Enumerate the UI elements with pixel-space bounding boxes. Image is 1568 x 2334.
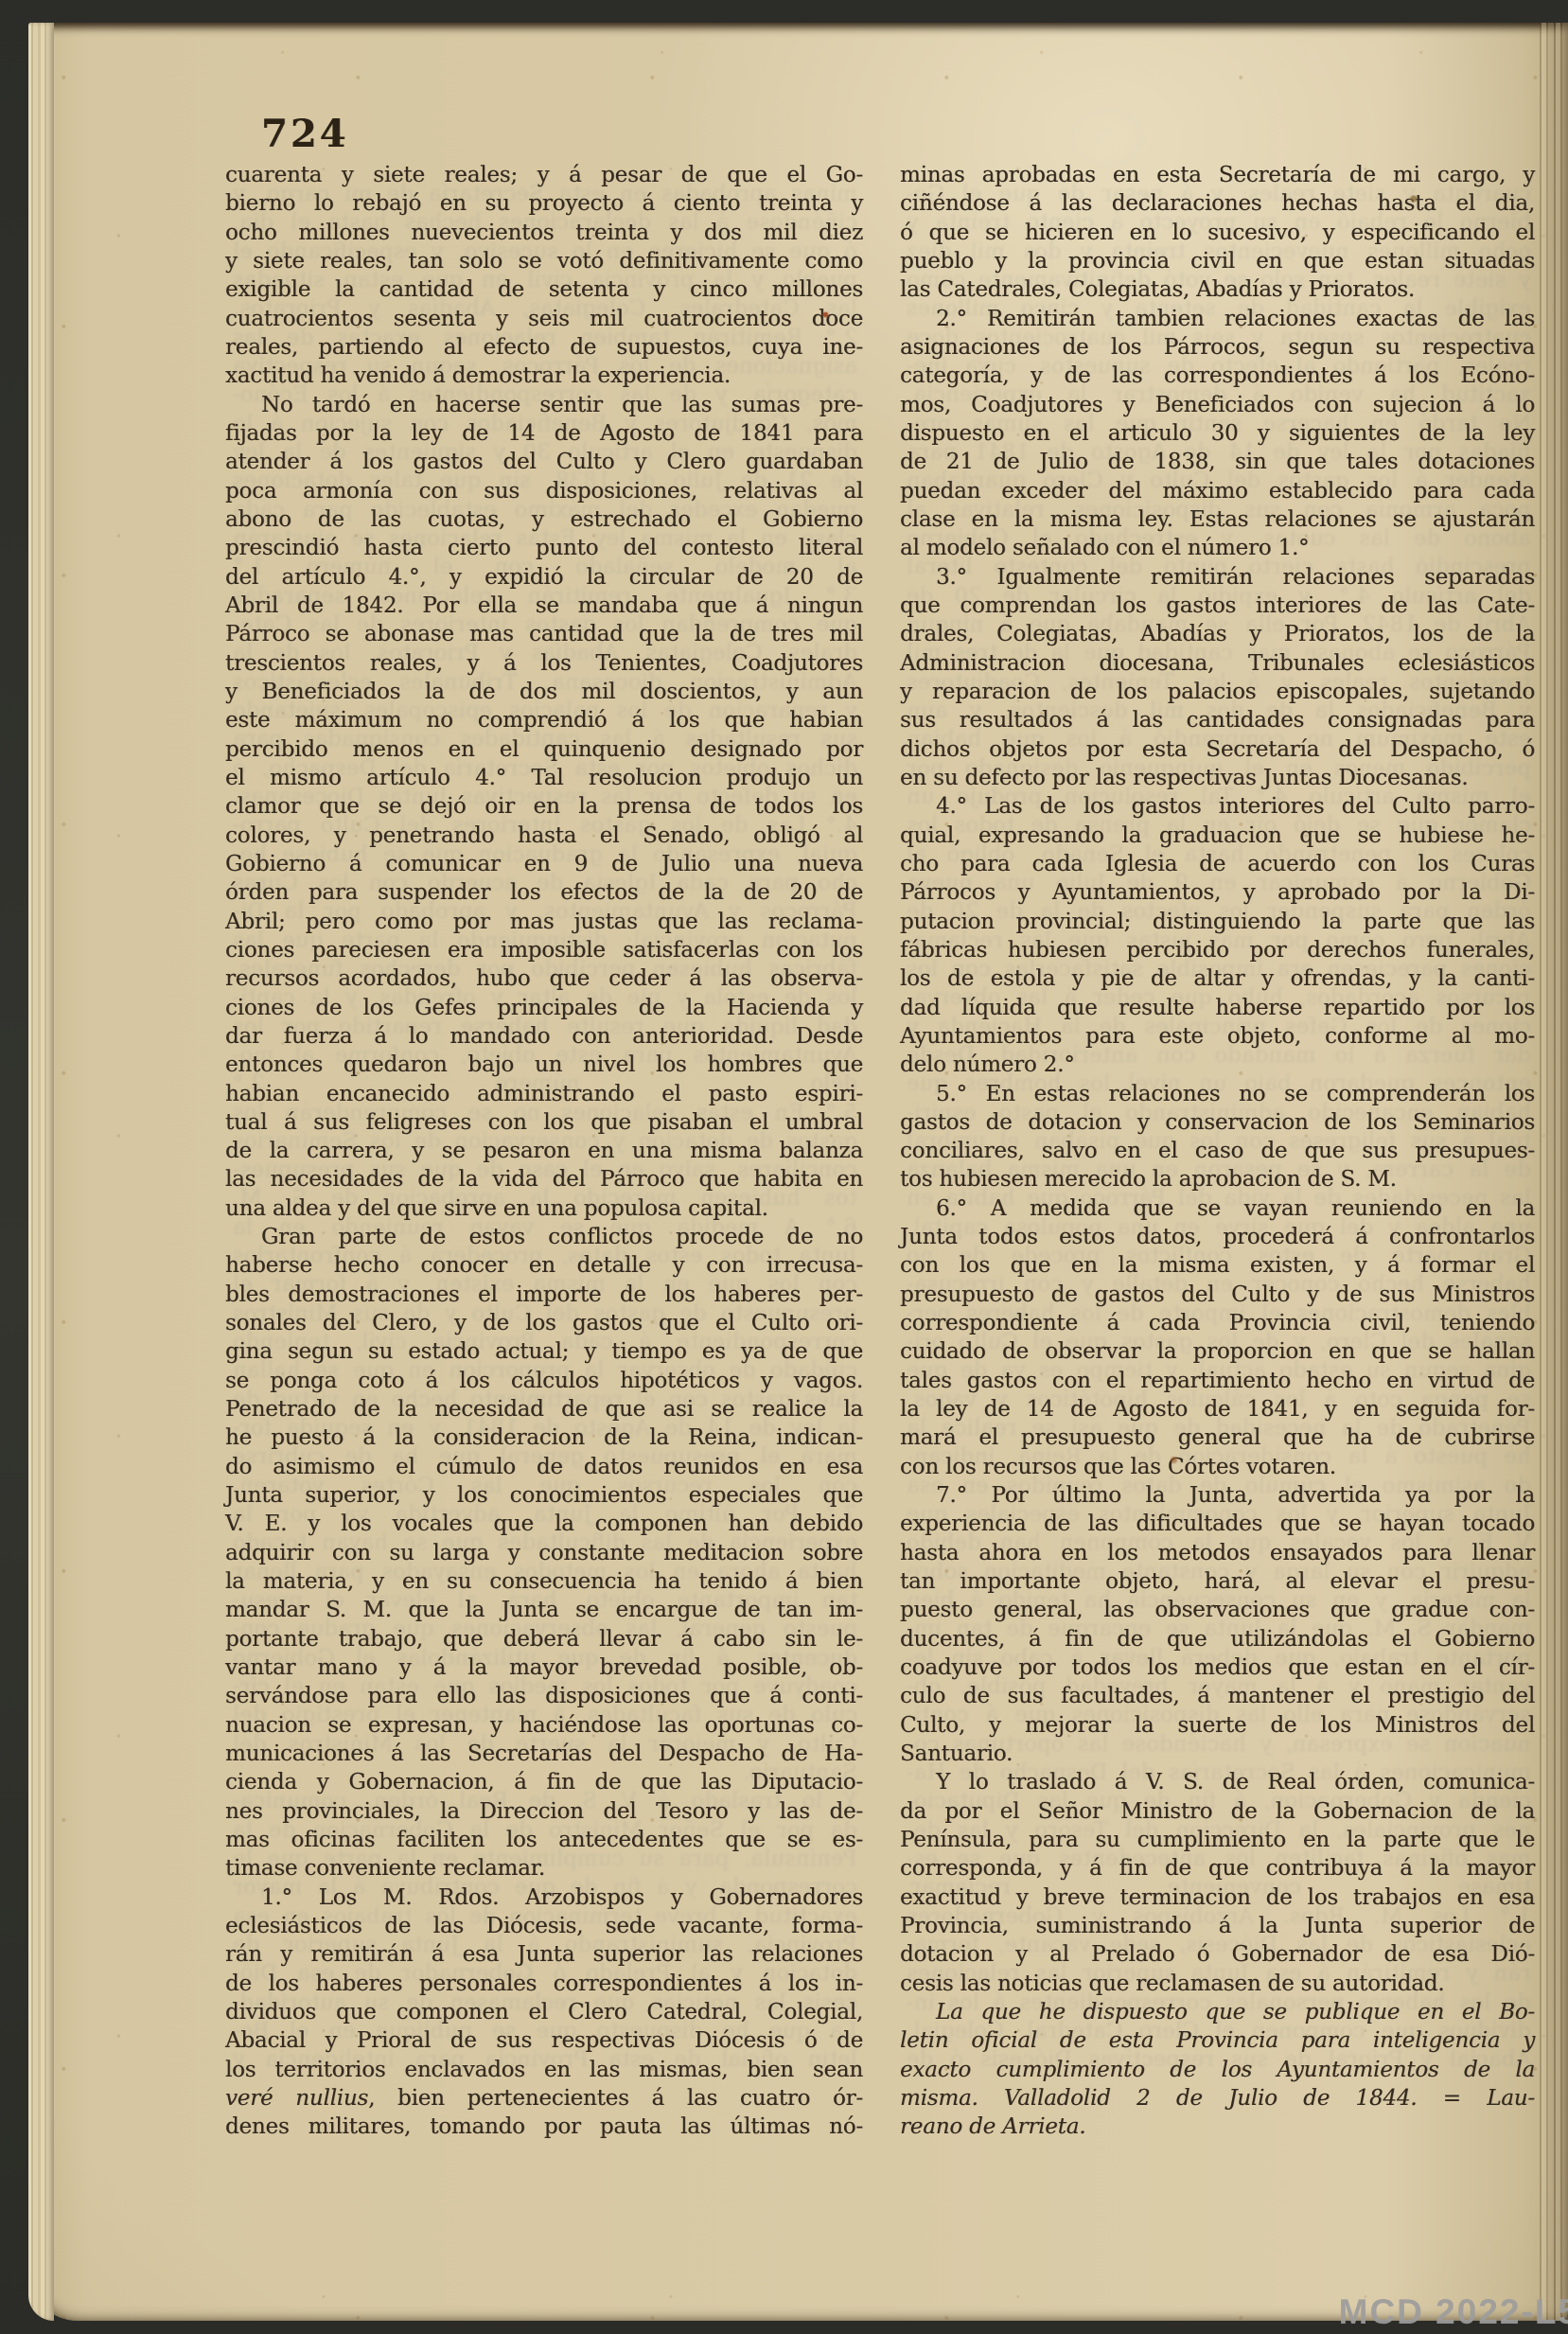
text-line: y siete reales, tan solo se votó definit… (225, 247, 863, 275)
text-line: gastos de dotacion y conservacion de los… (900, 1108, 1535, 1137)
text-line: exacto cumplimiento de los Ayuntamientos… (900, 2056, 1535, 2084)
text-line: las Catedrales, Colegiatas, Abadías y Pr… (900, 275, 1535, 304)
text-line: minas aprobadas en esta Secretaría de mi… (900, 161, 1535, 189)
binding-gutter-shadow (1540, 23, 1568, 2321)
text-line: da por el Señor Ministro de la Gobernaci… (900, 1797, 1535, 1826)
text-line: putacion provincial; distinguiendo la pa… (900, 908, 1535, 936)
text-line: 2.° Remitirán tambien relaciones exactas… (900, 305, 1535, 333)
text-line: 3.° Igualmente remitirán relaciones sepa… (900, 563, 1535, 592)
text-line: veré nullius, bien pertenecientes á las … (225, 2084, 863, 2113)
text-line: dichos objetos por esta Secretaría del D… (900, 735, 1535, 764)
text-line: Abril de 1842. Por ella se mandaba que á… (225, 592, 863, 620)
text-line: 5.° En estas relaciones no se comprender… (900, 1080, 1535, 1108)
text-line: los territorios enclavados en las mismas… (225, 2056, 863, 2084)
book-page-edges (28, 23, 54, 2321)
text-line: Provincia, suministrando á la Junta supe… (900, 1912, 1535, 1940)
text-line: misma. Valladolid 2 de Julio de 1844. = … (900, 2084, 1535, 2113)
text-line: colores, y penetrando hasta el Senado, o… (225, 822, 863, 850)
text-line: presupuesto de gastos del Culto y de sus… (900, 1281, 1535, 1309)
text-line: quial, expresando la graduacion que se h… (900, 822, 1535, 850)
text-line: cho para cada Iglesia de acuerdo con los… (900, 850, 1535, 878)
text-line: ocho millones nuevecientos treinta y dos… (225, 219, 863, 247)
text-line: Gran parte de estos conflictos procede d… (225, 1223, 863, 1251)
text-line: del artículo 4.°, y expidió la circular … (225, 563, 863, 592)
text-line: trescientos reales, y á los Tenientes, C… (225, 649, 863, 678)
text-line: con los que en la misma existen, y á for… (900, 1251, 1535, 1280)
text-line: bierno lo rebajó en su proyecto á ciento… (225, 189, 863, 218)
text-line: experiencia de las dificultades que se h… (900, 1510, 1535, 1538)
text-line: No tardó en hacerse sentir que las sumas… (225, 391, 863, 419)
text-line: percibido menos en el quinquenio designa… (225, 735, 863, 764)
text-line: este máximum no comprendió á los que hab… (225, 706, 863, 734)
text-line: ciones pareciesen era imposible satisfac… (225, 936, 863, 964)
text-line: drales, Colegiatas, Abadías y Prioratos,… (900, 620, 1535, 648)
text-line: 4.° Las de los gastos interiores del Cul… (900, 792, 1535, 821)
text-line: Abacial y Prioral de sus respectivas Dió… (225, 2026, 863, 2055)
text-line: los de estola y pie de altar y ofrendas,… (900, 964, 1535, 993)
text-line: las necesidades de la vida del Párroco q… (225, 1165, 863, 1194)
text-line: se ponga coto á los cálculos hipotéticos… (225, 1367, 863, 1395)
text-line: atender á los gastos del Culto y Clero g… (225, 448, 863, 476)
text-line: fijadas por la ley de 14 de Agosto de 18… (225, 419, 863, 448)
text-line: dad líquida que resulte haberse repartid… (900, 994, 1535, 1022)
text-line: clase en la misma ley. Estas relaciones … (900, 505, 1535, 534)
text-line: portante trabajo, que deberá llevar á ca… (225, 1625, 863, 1653)
text-line: de los haberes personales correspondient… (225, 1970, 863, 1998)
text-line: Junta superior, y los conocimientos espe… (225, 1481, 863, 1510)
text-line: cuatrocientos sesenta y seis mil cuatroc… (225, 305, 863, 333)
text-line: habian encanecido administrando el pasto… (225, 1080, 863, 1108)
text-line: la materia, y en su consecuencia ha teni… (225, 1567, 863, 1596)
text-line: abono de las cuotas, y estrechado el Gob… (225, 505, 863, 534)
text-line: mandar S. M. que la Junta se encargue de… (225, 1596, 863, 1624)
text-line: Abril; pero como por mas justas que las … (225, 908, 863, 936)
text-line: tales gastos con el repartimiento hecho … (900, 1367, 1535, 1395)
text-line: prescindió hasta cierto punto del contes… (225, 534, 863, 562)
text-line: cienda y Gobernacion, á fin de que las D… (225, 1768, 863, 1796)
text-line: Y lo traslado á V. S. de Real órden, com… (900, 1768, 1535, 1796)
text-line: Junta todos estos datos, procederá á con… (900, 1223, 1535, 1251)
text-line: mos, Coadjutores y Beneficiados con suje… (900, 391, 1535, 419)
text-line: al modelo señalado con el número 1.° (900, 534, 1535, 562)
text-line: 7.° Por último la Junta, advertida ya po… (900, 1481, 1535, 1510)
text-line: de la carrera, y se pesaron en una misma… (225, 1137, 863, 1165)
text-line: dotacion y al Prelado ó Gobernador de es… (900, 1940, 1535, 1969)
text-line: una aldea y del que sirve en una populos… (225, 1194, 863, 1223)
text-line: nes provinciales, la Direccion del Tesor… (225, 1797, 863, 1826)
text-line: denes militares, tomando por pauta las ú… (225, 2113, 863, 2141)
text-line: Administracion diocesana, Tribunales ecl… (900, 649, 1535, 678)
text-line: en su defecto por las respectivas Juntas… (900, 764, 1535, 792)
text-line: letin oficial de esta Provincia para int… (900, 2026, 1535, 2055)
text-line: rán y remitirán á esa Junta superior las… (225, 1940, 863, 1969)
text-line: Gobierno á comunicar en 9 de Julio una n… (225, 850, 863, 878)
page-number: 724 (261, 112, 349, 156)
text-line: fábricas hubiesen percibido por derechos… (900, 936, 1535, 964)
text-line: tos hubiesen merecido la aprobacion de S… (900, 1165, 1535, 1194)
text-line: municaciones á las Secretarías del Despa… (225, 1740, 863, 1768)
text-line: categoría, y de las correspondientes á l… (900, 362, 1535, 390)
scanned-book-page: minas aprobadas en esta Secretaría de mi… (0, 0, 1568, 2334)
text-line: eclesiásticos de las Diócesis, sede vaca… (225, 1912, 863, 1940)
text-line: La que he dispuesto que se publique en e… (900, 1998, 1535, 2026)
text-line: Santuario. (900, 1740, 1535, 1768)
text-line: timase conveniente reclamar. (225, 1854, 863, 1883)
text-line: culo de sus facultades, á mantener el pr… (900, 1682, 1535, 1710)
text-line: he puesto á la consideracion de la Reina… (225, 1423, 863, 1452)
text-line: mas oficinas faciliten los antecedentes … (225, 1826, 863, 1854)
text-column-left: cuarenta y siete reales; y á pesar de qu… (225, 161, 863, 2142)
text-line: 6.° A medida que se vayan reuniendo en l… (900, 1194, 1535, 1223)
text-line: do asimismo el cúmulo de datos reunidos … (225, 1453, 863, 1481)
text-line: cuarenta y siete reales; y á pesar de qu… (225, 161, 863, 189)
text-line: y reparacion de los palacios episcopales… (900, 678, 1535, 706)
text-line: dispuesto en el articulo 30 y siguientes… (900, 419, 1535, 448)
text-line: xactitud ha venido á demostrar la experi… (225, 362, 863, 390)
text-line: poca armonía con sus disposiciones, rela… (225, 477, 863, 505)
text-line: puesto general, las observaciones que gr… (900, 1596, 1535, 1624)
text-line: nuacion se expresan, y haciéndose las op… (225, 1711, 863, 1740)
text-line: recursos acordados, hubo que ceder á las… (225, 964, 863, 993)
text-line: de 21 de Julio de 1838, sin que tales do… (900, 448, 1535, 476)
text-line: reales, partiendo al efecto de supuestos… (225, 333, 863, 362)
text-line: Culto, y mejorar la suerte de los Minist… (900, 1711, 1535, 1740)
text-line: correspondiente á cada Provincia civil, … (900, 1309, 1535, 1337)
text-line: delo número 2.° (900, 1051, 1535, 1079)
text-line: servándose para ello las disposiciones q… (225, 1682, 863, 1710)
text-line: adquirir con su larga y constante medita… (225, 1539, 863, 1567)
text-line: ciñéndose á las declaraciones hechas has… (900, 189, 1535, 218)
text-line: corresponda, y á fin de que contribuya á… (900, 1854, 1535, 1883)
text-line: la ley de 14 de Agosto de 1841, y en seg… (900, 1395, 1535, 1423)
text-line: sus resultados á las cantidades consigna… (900, 706, 1535, 734)
text-line: puedan exceder del máximo establecido pa… (900, 477, 1535, 505)
text-line: coadyuve por todos los medios que estan … (900, 1653, 1535, 1682)
text-line: exigible la cantidad de setenta y cinco … (225, 275, 863, 304)
text-line: hasta ahora en los metodos ensayados par… (900, 1539, 1535, 1567)
text-line: Párrocos y Ayuntamientos, y aprobado por… (900, 878, 1535, 907)
text-line: ducentes, á fin de que utilizándolas el … (900, 1625, 1535, 1653)
text-line: sonales del Clero, y de los gastos que e… (225, 1309, 863, 1337)
text-line: y Beneficiados la de dos mil doscientos,… (225, 678, 863, 706)
text-line: conciliares, salvo en el caso de que sus… (900, 1137, 1535, 1165)
text-line: haberse hecho conocer en detalle y con i… (225, 1251, 863, 1280)
text-line: Párroco se abonase mas cantidad que la d… (225, 620, 863, 648)
text-line: vantar mano y á la mayor brevedad posibl… (225, 1653, 863, 1682)
text-line: el mismo artículo 4.° Tal resolucion pro… (225, 764, 863, 792)
text-line: que comprendan los gastos interiores de … (900, 592, 1535, 620)
text-line: con los recursos que las Córtes votaren. (900, 1453, 1535, 1481)
text-line: asignaciones de los Párrocos, segun su r… (900, 333, 1535, 362)
archive-watermark: MCD 2022-L5 (1339, 2292, 1568, 2332)
text-line: ó que se hicieren en lo sucesivo, y espe… (900, 219, 1535, 247)
text-line: gina segun su estado actual; y tiempo es… (225, 1337, 863, 1366)
text-line: Ayuntamientos para este objeto, conforme… (900, 1022, 1535, 1051)
text-line: cesis las noticias que reclamasen de su … (900, 1970, 1535, 1998)
text-line: Penetrado de la necesidad de que asi se … (225, 1395, 863, 1423)
text-line: reano de Arrieta. (900, 2113, 1535, 2141)
text-line: Península, para su cumplimiento en la pa… (900, 1826, 1535, 1854)
text-line: exactitud y breve terminacion de los tra… (900, 1883, 1535, 1912)
text-line: entonces quedaron bajo un nivel los homb… (225, 1051, 863, 1079)
text-line: V. E. y los vocales que la componen han … (225, 1510, 863, 1538)
text-line: 1.° Los M. Rdos. Arzobispos y Gobernador… (225, 1883, 863, 1912)
text-line: tual á sus feligreses con los que pisaba… (225, 1108, 863, 1137)
text-line: clamor que se dejó oir en la prensa de t… (225, 792, 863, 821)
text-line: órden para suspender los efectos de la d… (225, 878, 863, 907)
text-line: cuidado de observar la proporcion en que… (900, 1337, 1535, 1366)
text-line: ciones de los Gefes principales de la Ha… (225, 994, 863, 1022)
text-column-right: minas aprobadas en esta Secretaría de mi… (900, 161, 1535, 2142)
text-line: pueblo y la provincia civil en que estan… (900, 247, 1535, 275)
text-line: bles demostraciones el importe de los ha… (225, 1281, 863, 1309)
text-line: tan importante objeto, hará, al elevar e… (900, 1567, 1535, 1596)
text-line: dar fuerza á lo mandado con anterioridad… (225, 1022, 863, 1051)
text-line: dividuos que componen el Clero Catedral,… (225, 1998, 863, 2026)
text-line: mará el presupuesto general que ha de cu… (900, 1423, 1535, 1452)
